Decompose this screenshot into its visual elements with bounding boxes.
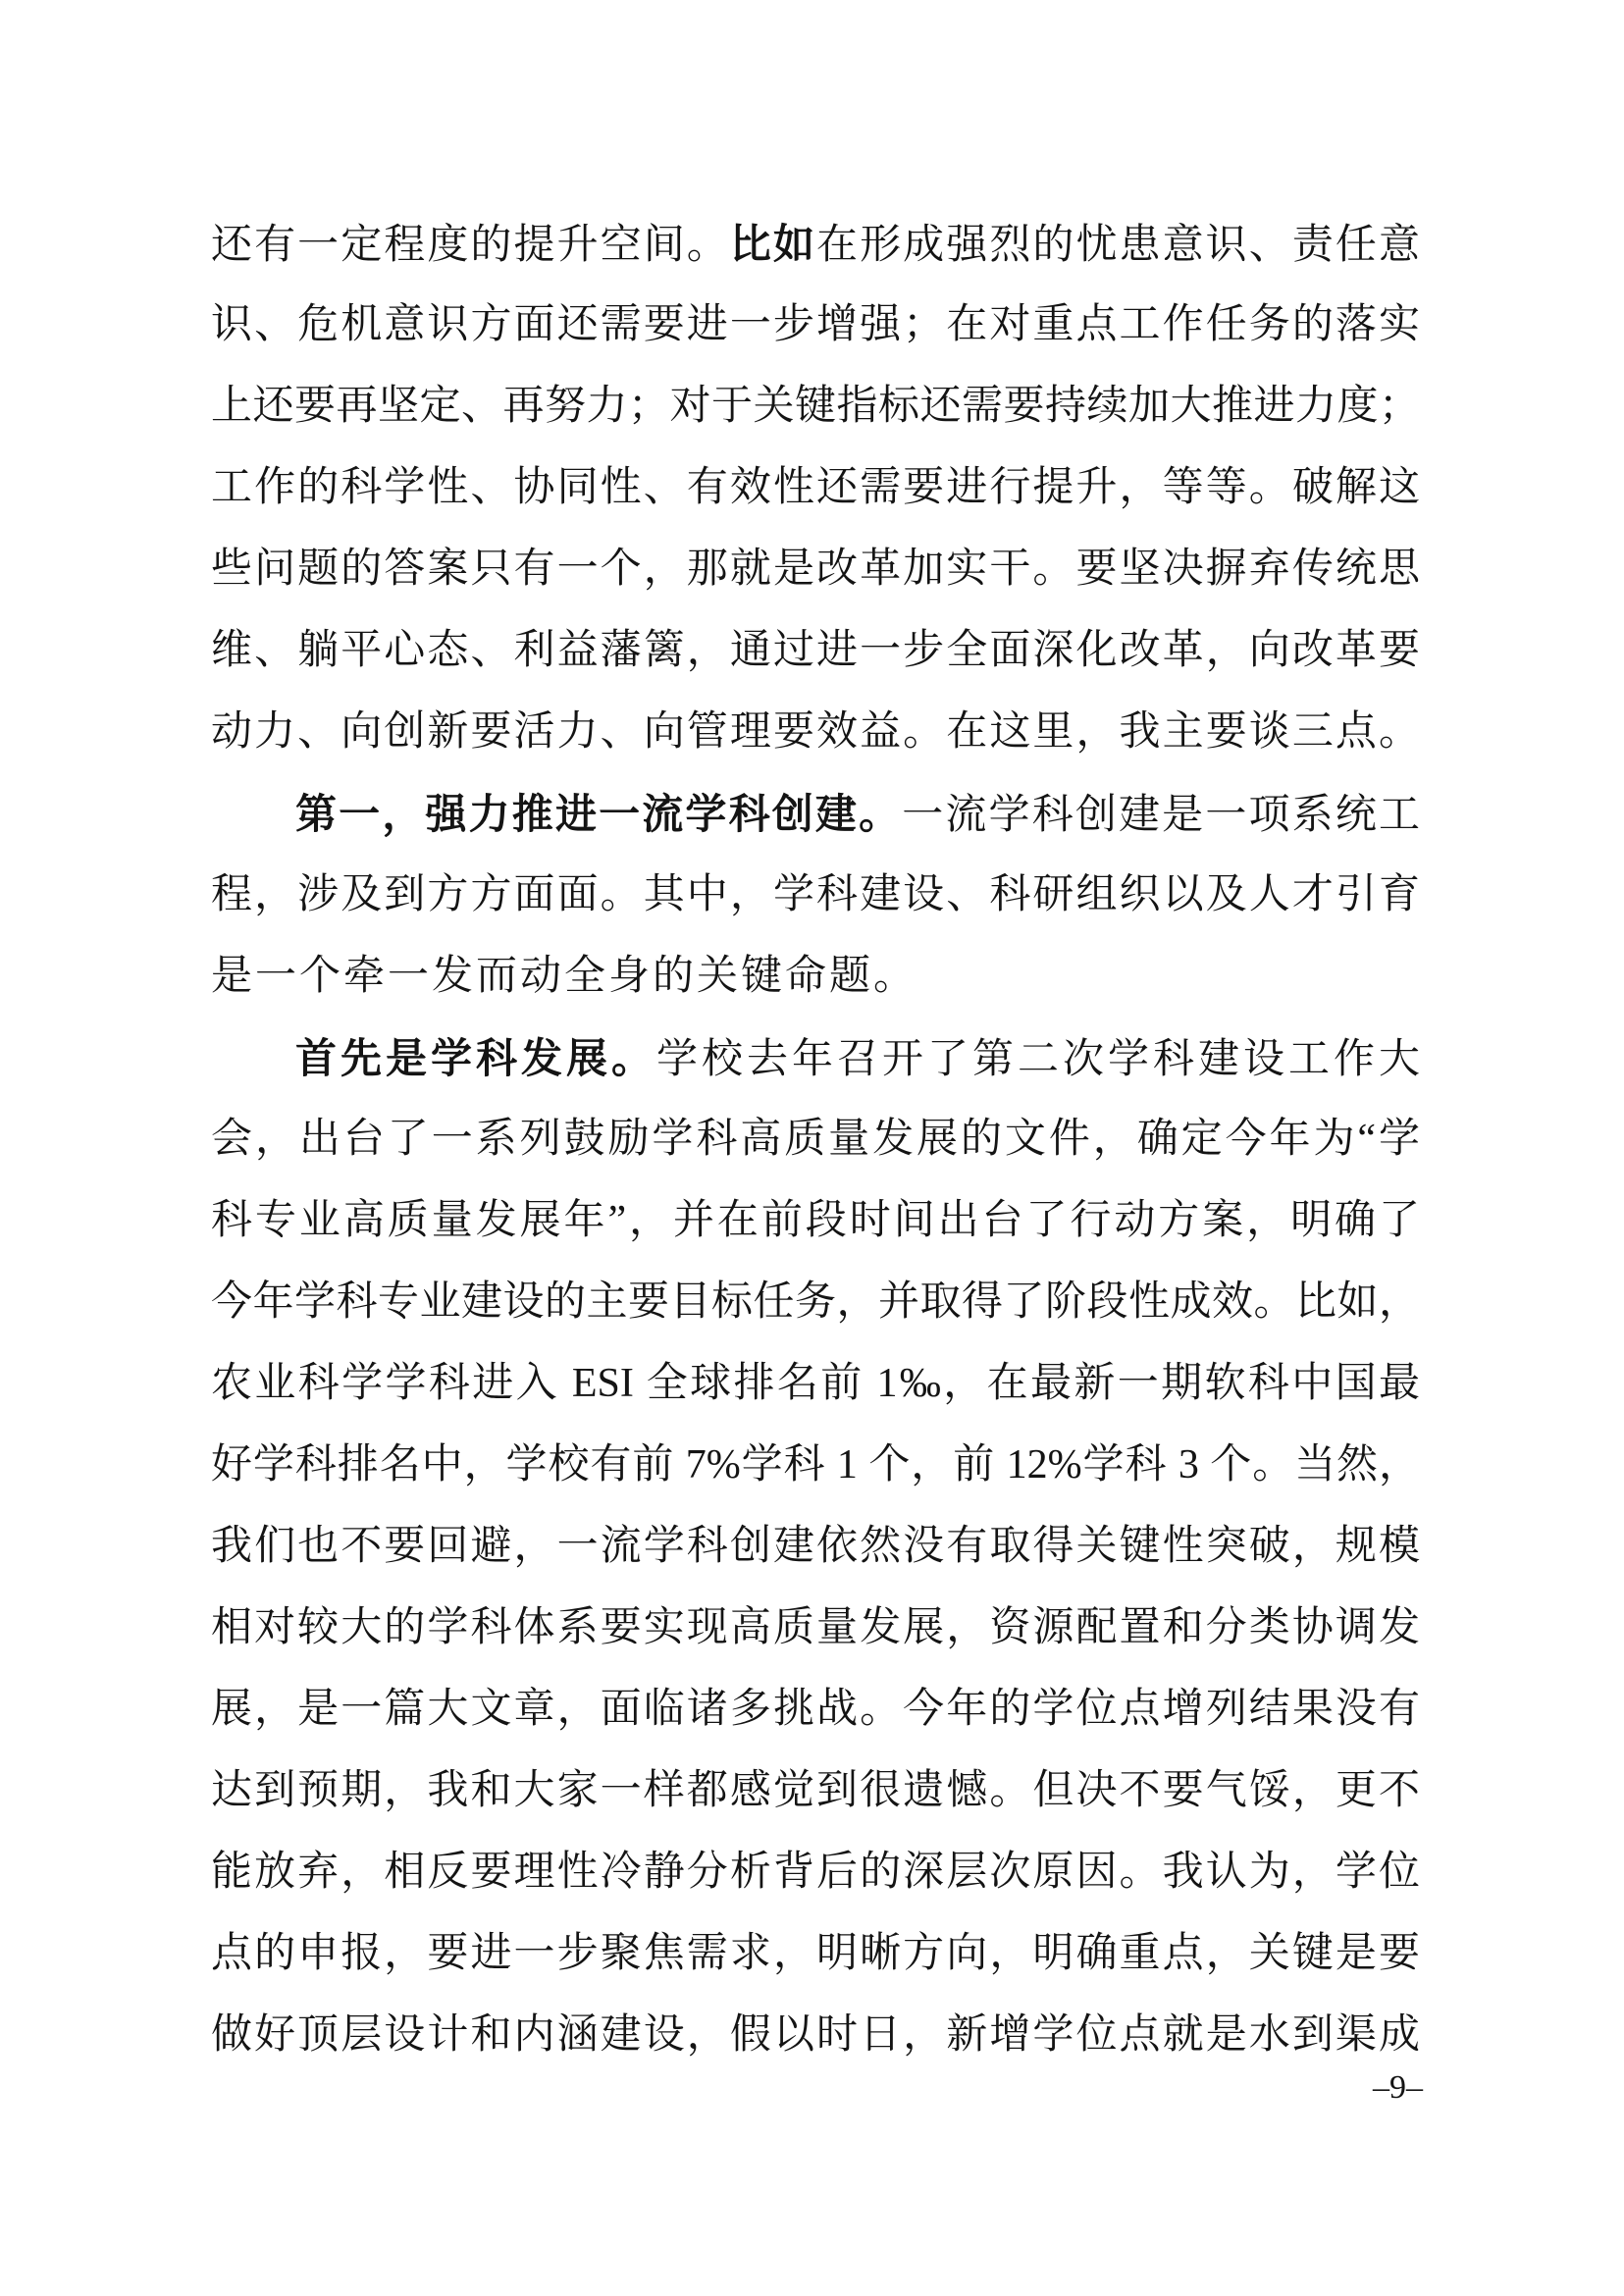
text-segment: 还有一定程度的提升空间。 [211, 223, 730, 268]
text-line: 今年学科专业建设的主要目标任务，并取得了阶段性成效。比如， [211, 1262, 1420, 1343]
text-line: 动力、向创新要活力、向管理要效益。在这里，我主要谈三点。 [211, 692, 1420, 773]
text-line: 首先是学科发展。学校去年召开了第二次学科建设工作大 [211, 1018, 1420, 1099]
text-line: 我们也不要回避，一流学科创建依然没有取得关键性突破，规模 [211, 1506, 1420, 1588]
text-line: 达到预期，我和大家一样都感觉到很遗憾。但决不要气馁，更不 [211, 1750, 1420, 1832]
text-segment: 上还要再坚定、再努力；对于关键指标还需要持续加大推进力度； [211, 384, 1420, 429]
text-line: 能放弃，相反要理性冷静分析背后的深层次原因。我认为，学位 [211, 1832, 1420, 1913]
text-segment: 我们也不要回避，一流学科创建依然没有取得关键性突破，规模 [211, 1524, 1420, 1569]
text-segment: 农业科学学科进入 ESI 全球排名前 1‰，在最新一期软科中国最 [211, 1361, 1420, 1406]
text-segment: 会，出台了一系列鼓励学科高质量发展的文件，确定今年为“学 [211, 1117, 1420, 1162]
text-segment: 科专业高质量发展年”，并在前段时间出台了行动方案，明确了 [211, 1198, 1420, 1243]
text-segment: 程，涉及到方方面面。其中，学科建设、科研组织以及人才引育 [211, 872, 1420, 917]
text-segment: 能放弃，相反要理性冷静分析背后的深层次原因。我认为，学位 [211, 1850, 1420, 1895]
text-segment: 动力、向创新要活力、向管理要效益。在这里，我主要谈三点。 [211, 709, 1420, 755]
text-line: 第一，强力推进一流学科创建。一流学科创建是一项系统工 [211, 773, 1420, 855]
document-page: 还有一定程度的提升空间。比如在形成强烈的忧患意识、责任意识、危机意识方面还需要进… [0, 0, 1624, 2296]
text-segment: 工作的科学性、协同性、有效性还需要进行提升，等等。破解这 [211, 465, 1420, 510]
text-line: 些问题的答案只有一个，那就是改革加实干。要坚决摒弃传统思 [211, 529, 1420, 610]
text-line: 科专业高质量发展年”，并在前段时间出台了行动方案，明确了 [211, 1180, 1420, 1262]
text-line: 维、躺平心态、利益藩篱，通过进一步全面深化改革，向改革要 [211, 610, 1420, 692]
text-segment: 今年学科专业建设的主要目标任务，并取得了阶段性成效。比如， [211, 1279, 1420, 1325]
text-line: 程，涉及到方方面面。其中，学科建设、科研组织以及人才引育 [211, 855, 1420, 936]
text-segment: 在形成强烈的忧患意识、责任意 [816, 223, 1420, 268]
text-segment: 好学科排名中，学校有前 7%学科 1 个，前 12%学科 3 个。当然， [211, 1442, 1420, 1487]
text-line: 农业科学学科进入 ESI 全球排名前 1‰，在最新一期软科中国最 [211, 1343, 1420, 1425]
text-segment: 维、躺平心态、利益藩篱，通过进一步全面深化改革，向改革要 [211, 628, 1420, 673]
text-line: 好学科排名中，学校有前 7%学科 1 个，前 12%学科 3 个。当然， [211, 1425, 1420, 1506]
text-segment-bold: 首先是学科发展。 [295, 1035, 656, 1081]
text-segment: 识、危机意识方面还需要进一步增强；在对重点工作任务的落实 [211, 302, 1420, 347]
text-line: 点的申报，要进一步聚焦需求，明晰方向，明确重点，关键是要 [211, 1913, 1420, 1995]
text-segment: 些问题的答案只有一个，那就是改革加实干。要坚决摒弃传统思 [211, 547, 1420, 592]
text-segment: 达到预期，我和大家一样都感觉到很遗憾。但决不要气馁，更不 [211, 1768, 1420, 1813]
text-block: 还有一定程度的提升空间。比如在形成强烈的忧患意识、责任意识、危机意识方面还需要进… [211, 203, 1420, 2076]
text-segment: 展，是一篇大文章，面临诸多挑战。今年的学位点增列结果没有 [211, 1687, 1420, 1732]
text-segment-bold: 比如 [730, 221, 816, 267]
text-line: 工作的科学性、协同性、有效性还需要进行提升，等等。破解这 [211, 447, 1420, 529]
text-line: 会，出台了一系列鼓励学科高质量发展的文件，确定今年为“学 [211, 1099, 1420, 1180]
text-segment: 做好顶层设计和内涵建设，假以时日，新增学位点就是水到渠成 [211, 2012, 1420, 2058]
text-segment: 相对较大的学科体系要实现高质量发展，资源配置和分类协调发 [211, 1605, 1420, 1650]
text-line: 做好顶层设计和内涵建设，假以时日，新增学位点就是水到渠成 [211, 1995, 1420, 2076]
text-line: 上还要再坚定、再努力；对于关键指标还需要持续加大推进力度； [211, 366, 1420, 447]
page-number: –9– [1373, 2066, 1423, 2110]
text-segment: 是一个牵一发而动全身的关键命题。 [211, 954, 917, 999]
text-line: 还有一定程度的提升空间。比如在形成强烈的忧患意识、责任意 [211, 203, 1420, 285]
text-line: 是一个牵一发而动全身的关键命题。 [211, 936, 1420, 1018]
text-line: 识、危机意识方面还需要进一步增强；在对重点工作任务的落实 [211, 285, 1420, 366]
text-segment: 一流学科创建是一项系统工 [902, 793, 1420, 838]
text-segment-bold: 第一，强力推进一流学科创建。 [295, 791, 902, 837]
text-segment: 点的申报，要进一步聚焦需求，明晰方向，明确重点，关键是要 [211, 1931, 1420, 1976]
text-line: 展，是一篇大文章，面临诸多挑战。今年的学位点增列结果没有 [211, 1669, 1420, 1750]
text-segment: 学校去年召开了第二次学科建设工作大 [656, 1037, 1420, 1082]
text-line: 相对较大的学科体系要实现高质量发展，资源配置和分类协调发 [211, 1588, 1420, 1669]
